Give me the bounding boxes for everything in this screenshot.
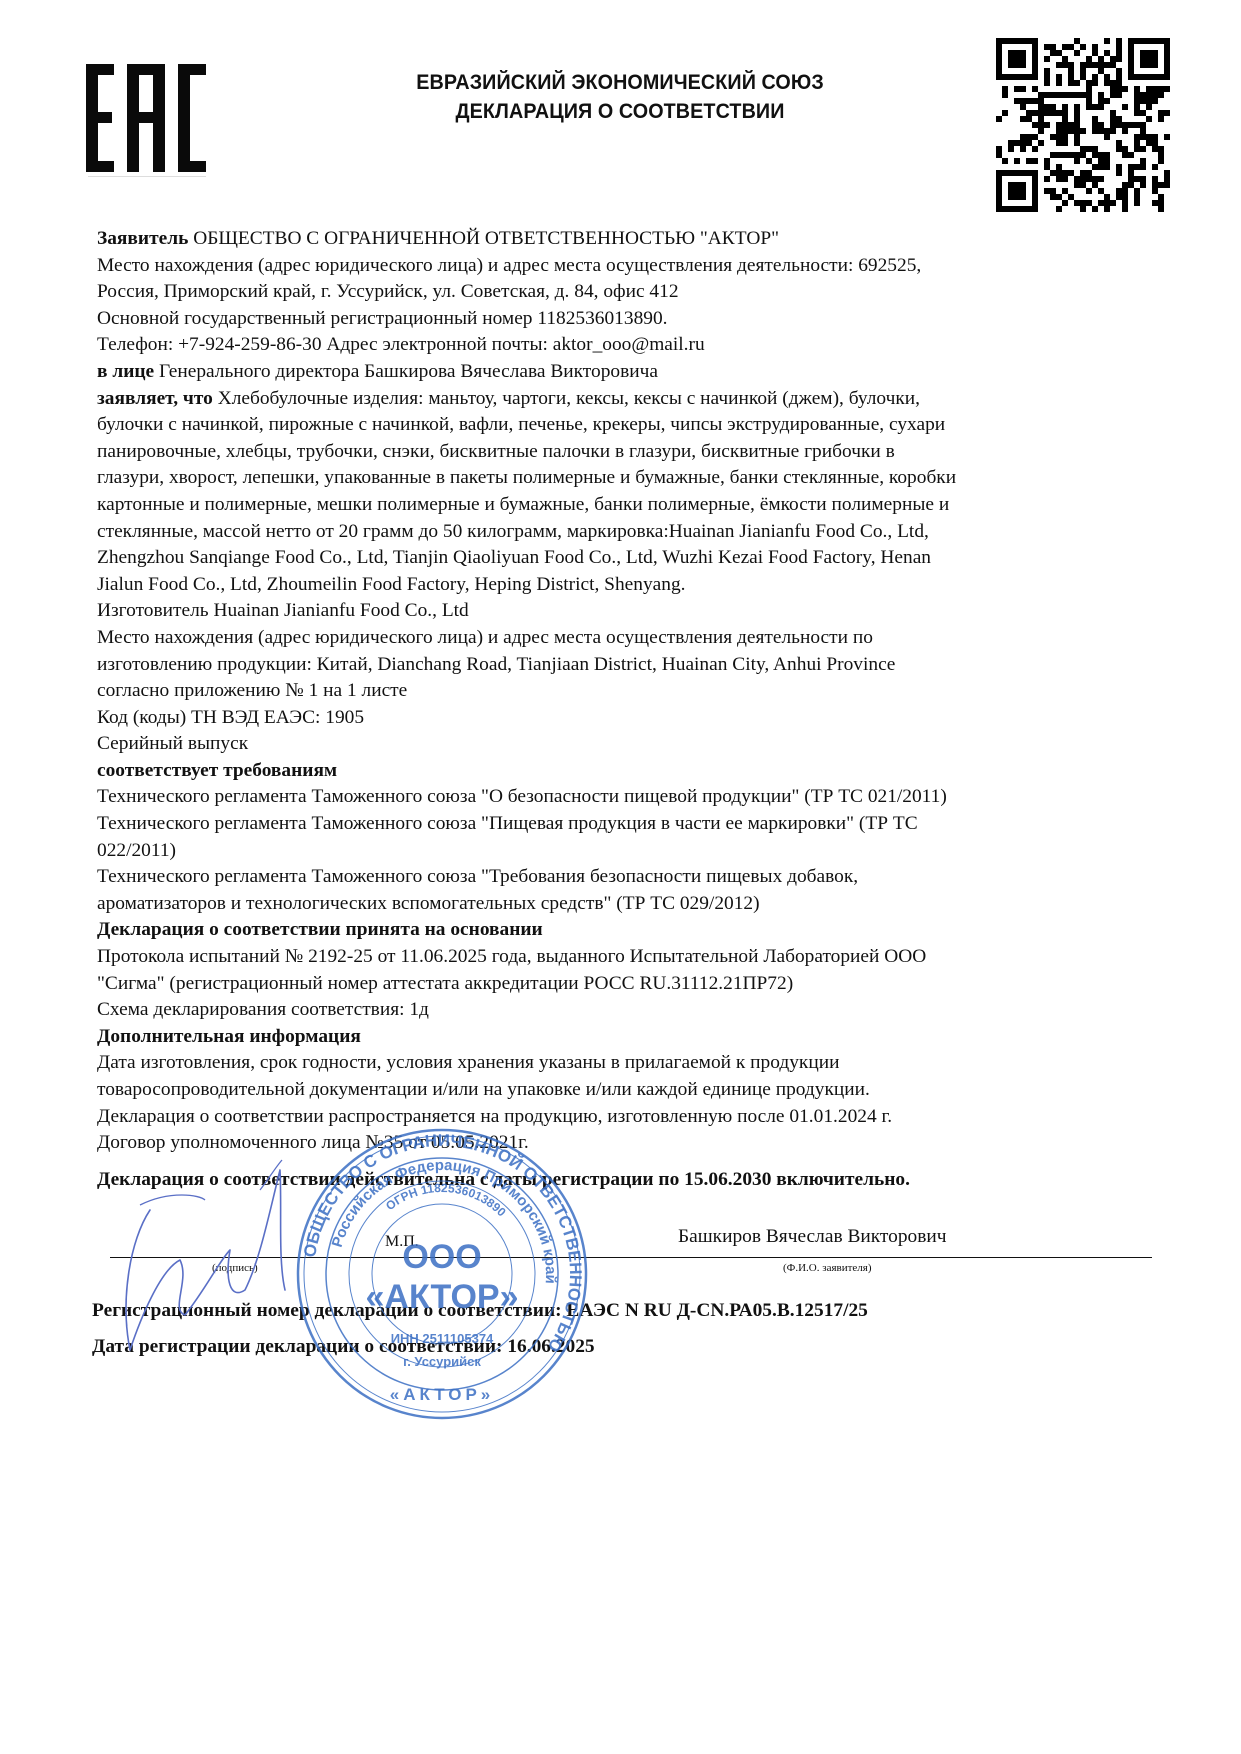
representative-label: в лице — [97, 361, 154, 382]
union-title: ЕВРАЗИЙСКИЙ ЭКОНОМИЧЕСКИЙ СОЮЗ — [319, 68, 921, 97]
declares-line-3: глазури, хворост, лепешки, упакованные в… — [97, 465, 1167, 492]
declares-line-6: Zhengzhou Sanqiange Food Co., Ltd, Tianj… — [97, 545, 1167, 572]
requirement-line-1: Технического регламента Таможенного союз… — [97, 811, 1167, 838]
applicant-contacts: Телефон: +7-924-259-86-30 Адрес электрон… — [97, 332, 1167, 359]
additional-heading: Дополнительная информация — [97, 1024, 1167, 1051]
requirement-line-3: Технического регламента Таможенного союз… — [97, 864, 1167, 891]
applicant-label: Заявитель — [97, 228, 188, 249]
qr-code-icon[interactable] — [996, 38, 1170, 212]
document-title: ДЕКЛАРАЦИЯ О СООТВЕТСТВИИ — [319, 97, 921, 126]
document-header: ЕВРАЗИЙСКИЙ ЭКОНОМИЧЕСКИЙ СОЮЗ ДЕКЛАРАЦИ… — [319, 68, 921, 126]
signer-name: Башкиров Вячеслав Викторович — [678, 1226, 947, 1248]
declares-line-4: картонные и полимерные, мешки полимерные… — [97, 492, 1167, 519]
declares-line-2: панировочные, хлебцы, трубочки, снэки, б… — [97, 439, 1167, 466]
applicant-name: ОБЩЕСТВО С ОГРАНИЧЕННОЙ ОТВЕТСТВЕННОСТЬЮ… — [188, 228, 779, 249]
declares-line-0: заявляет, что Хлебобулочные изделия: ман… — [97, 386, 1167, 413]
signer-name-caption: (Ф.И.О. заявителя) — [783, 1262, 872, 1274]
requirement-line-4: ароматизаторов и технологических вспомог… — [97, 891, 1167, 918]
requirements-heading: соответствует требованиям — [97, 758, 1167, 785]
declares-text: Хлебобулочные изделия: маньтоу, чартоги,… — [213, 388, 920, 409]
registration-date: Дата регистрации декларации о соответств… — [92, 1336, 595, 1358]
declares-label: заявляет, что — [97, 388, 213, 409]
basis-heading: Декларация о соответствии принята на осн… — [97, 917, 1167, 944]
manufacturer-address-2: изготовлению продукции: Китай, Dianchang… — [97, 652, 1167, 679]
manufacturer-appendix: согласно приложению № 1 на 1 листе — [97, 678, 1167, 705]
declaration-page: ЕВРАЗИЙСКИЙ ЭКОНОМИЧЕСКИЙ СОЮЗ ДЕКЛАРАЦИ… — [0, 0, 1241, 1754]
applicant-ogrn: Основной государственный регистрационный… — [97, 306, 1167, 333]
validity-statement: Декларация о соответствии действительна … — [97, 1167, 1167, 1194]
representative-name: Генерального директора Башкирова Вячесла… — [154, 361, 658, 382]
declares-line-5: стеклянные, массой нетто от 20 грамм до … — [97, 519, 1167, 546]
applicant-line: Заявитель ОБЩЕСТВО С ОГРАНИЧЕННОЙ ОТВЕТС… — [97, 226, 1167, 253]
requirement-line-2: 022/2011) — [97, 838, 1167, 865]
signature-caption: (подпись) — [212, 1262, 258, 1274]
basis-line-1: "Сигма" (регистрационный номер аттестата… — [97, 971, 1167, 998]
additional-line-0: Дата изготовления, срок годности, услови… — [97, 1050, 1167, 1077]
additional-line-3: Договор уполномоченного лица №35 от 05.0… — [97, 1130, 1167, 1157]
seal-place-label: М.П. — [385, 1233, 419, 1251]
representative-line: в лице Генерального директора Башкирова … — [97, 359, 1167, 386]
registration-number: Регистрационный номер декларации о соотв… — [92, 1300, 868, 1322]
declaration-body: Заявитель ОБЩЕСТВО С ОГРАНИЧЕННОЙ ОТВЕТС… — [97, 226, 1167, 1193]
additional-heading-text: Дополнительная информация — [97, 1026, 361, 1047]
tn-ved-code: Код (коды) ТН ВЭД ЕАЭС: 1905 — [97, 705, 1167, 732]
signature-line — [110, 1257, 1152, 1258]
logo-divider — [88, 176, 206, 177]
manufacturer-name: Изготовитель Huainan Jianianfu Food Co.,… — [97, 598, 1167, 625]
requirement-line-0: Технического регламента Таможенного союз… — [97, 784, 1167, 811]
requirements-heading-text: соответствует требованиям — [97, 760, 337, 781]
basis-heading-text: Декларация о соответствии принята на осн… — [97, 919, 543, 940]
applicant-address-1: Место нахождения (адрес юридического лиц… — [97, 253, 1167, 280]
basis-line-0: Протокола испытаний № 2192-25 от 11.06.2… — [97, 944, 1167, 971]
additional-line-2: Декларация о соответствии распространяет… — [97, 1104, 1167, 1131]
eac-logo-icon — [86, 64, 206, 172]
declares-line-1: булочки с начинкой, пирожные с начинкой,… — [97, 412, 1167, 439]
applicant-address-2: Россия, Приморский край, г. Уссурийск, у… — [97, 279, 1167, 306]
additional-line-1: товаросопроводительной документации и/ил… — [97, 1077, 1167, 1104]
manufacturer-address-1: Место нахождения (адрес юридического лиц… — [97, 625, 1167, 652]
declares-line-7: Jialun Food Co., Ltd, Zhoumeilin Food Fa… — [97, 572, 1167, 599]
release-type: Серийный выпуск — [97, 731, 1167, 758]
svg-text:«АКТОР»: «АКТОР» — [390, 1385, 495, 1404]
basis-line-2: Схема декларирования соответствия: 1д — [97, 997, 1167, 1024]
